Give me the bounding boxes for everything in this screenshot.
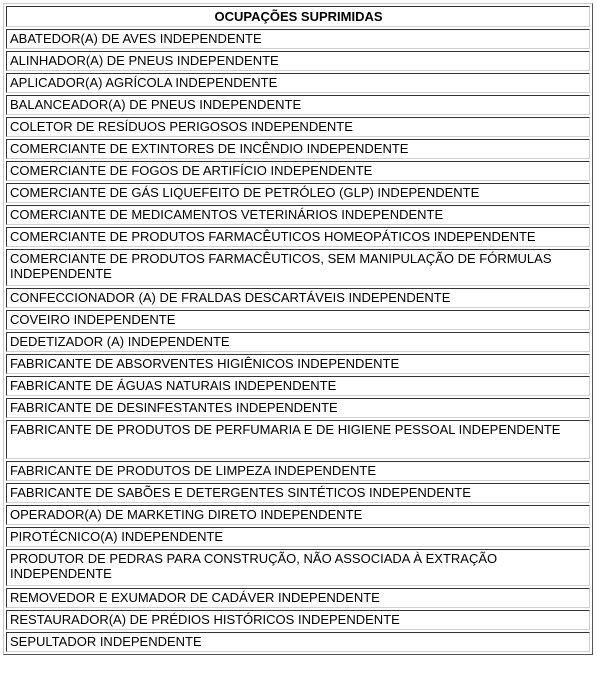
table-header-row: OCUPAÇÕES SUPRIMIDAS — [6, 6, 590, 27]
table-row: COMERCIANTE DE GÁS LIQUEFEITO DE PETRÓLE… — [6, 183, 590, 203]
occupation-cell: COMERCIANTE DE GÁS LIQUEFEITO DE PETRÓLE… — [6, 183, 590, 203]
table-row: FABRICANTE DE PRODUTOS DE PERFUMARIA E D… — [6, 420, 590, 459]
table-row: COLETOR DE RESÍDUOS PERIGOSOS INDEPENDEN… — [6, 117, 590, 137]
occupation-cell: PIROTÉCNICO(A) INDEPENDENTE — [6, 527, 590, 547]
occupation-cell: COMERCIANTE DE EXTINTORES DE INCÊNDIO IN… — [6, 139, 590, 159]
occupation-cell: COMERCIANTE DE PRODUTOS FARMACÊUTICOS HO… — [6, 227, 590, 247]
table-row: REMOVEDOR E EXUMADOR DE CADÁVER INDEPEND… — [6, 588, 590, 608]
suppressed-occupations-table: OCUPAÇÕES SUPRIMIDAS ABATEDOR(A) DE AVES… — [3, 3, 593, 655]
table-row: FABRICANTE DE DESINFESTANTES INDEPENDENT… — [6, 398, 590, 418]
occupation-cell: FABRICANTE DE SABÕES E DETERGENTES SINTÉ… — [6, 483, 590, 503]
occupation-cell: RESTAURADOR(A) DE PRÉDIOS HISTÓRICOS IND… — [6, 610, 590, 630]
table-row: COMERCIANTE DE PRODUTOS FARMACÊUTICOS, S… — [6, 249, 590, 286]
table-row: APLICADOR(A) AGRÍCOLA INDEPENDENTE — [6, 73, 590, 93]
table-row: RESTAURADOR(A) DE PRÉDIOS HISTÓRICOS IND… — [6, 610, 590, 630]
occupation-cell: FABRICANTE DE ÁGUAS NATURAIS INDEPENDENT… — [6, 376, 590, 396]
occupation-cell: APLICADOR(A) AGRÍCOLA INDEPENDENTE — [6, 73, 590, 93]
occupation-cell: COMERCIANTE DE MEDICAMENTOS VETERINÁRIOS… — [6, 205, 590, 225]
occupation-cell: COMERCIANTE DE FOGOS DE ARTIFÍCIO INDEPE… — [6, 161, 590, 181]
table-body: ABATEDOR(A) DE AVES INDEPENDENTEALINHADO… — [6, 29, 590, 652]
table-row: FABRICANTE DE ÁGUAS NATURAIS INDEPENDENT… — [6, 376, 590, 396]
table-row: OPERADOR(A) DE MARKETING DIRETO INDEPEND… — [6, 505, 590, 525]
occupation-cell: FABRICANTE DE PRODUTOS DE PERFUMARIA E D… — [6, 420, 590, 459]
occupation-cell: CONFECCIONADOR (A) DE FRALDAS DESCARTÁVE… — [6, 288, 590, 308]
occupation-cell: ALINHADOR(A) DE PNEUS INDEPENDENTE — [6, 51, 590, 71]
occupation-cell: BALANCEADOR(A) DE PNEUS INDEPENDENTE — [6, 95, 590, 115]
occupation-cell: DEDETIZADOR (A) INDEPENDENTE — [6, 332, 590, 352]
table-row: COMERCIANTE DE PRODUTOS FARMACÊUTICOS HO… — [6, 227, 590, 247]
table-row: SEPULTADOR INDEPENDENTE — [6, 632, 590, 652]
occupation-cell: COVEIRO INDEPENDENTE — [6, 310, 590, 330]
occupation-cell: FABRICANTE DE ABSORVENTES HIGIÊNICOS IND… — [6, 354, 590, 374]
table-row: BALANCEADOR(A) DE PNEUS INDEPENDENTE — [6, 95, 590, 115]
table-row: ABATEDOR(A) DE AVES INDEPENDENTE — [6, 29, 590, 49]
occupation-cell: COMERCIANTE DE PRODUTOS FARMACÊUTICOS, S… — [6, 249, 590, 286]
table-row: COVEIRO INDEPENDENTE — [6, 310, 590, 330]
table-header: OCUPAÇÕES SUPRIMIDAS — [6, 6, 590, 27]
table-row: FABRICANTE DE SABÕES E DETERGENTES SINTÉ… — [6, 483, 590, 503]
table-row: PRODUTOR DE PEDRAS PARA CONSTRUÇÃO, NÃO … — [6, 549, 590, 586]
table-row: COMERCIANTE DE EXTINTORES DE INCÊNDIO IN… — [6, 139, 590, 159]
occupations-table-container: OCUPAÇÕES SUPRIMIDAS ABATEDOR(A) DE AVES… — [3, 3, 593, 655]
table-row: COMERCIANTE DE FOGOS DE ARTIFÍCIO INDEPE… — [6, 161, 590, 181]
occupation-cell: FABRICANTE DE DESINFESTANTES INDEPENDENT… — [6, 398, 590, 418]
occupation-cell: FABRICANTE DE PRODUTOS DE LIMPEZA INDEPE… — [6, 461, 590, 481]
table-row: COMERCIANTE DE MEDICAMENTOS VETERINÁRIOS… — [6, 205, 590, 225]
table-row: FABRICANTE DE ABSORVENTES HIGIÊNICOS IND… — [6, 354, 590, 374]
occupation-cell: COLETOR DE RESÍDUOS PERIGOSOS INDEPENDEN… — [6, 117, 590, 137]
table-row: PIROTÉCNICO(A) INDEPENDENTE — [6, 527, 590, 547]
table-row: CONFECCIONADOR (A) DE FRALDAS DESCARTÁVE… — [6, 288, 590, 308]
occupation-cell: ABATEDOR(A) DE AVES INDEPENDENTE — [6, 29, 590, 49]
occupation-cell: OPERADOR(A) DE MARKETING DIRETO INDEPEND… — [6, 505, 590, 525]
table-row: ALINHADOR(A) DE PNEUS INDEPENDENTE — [6, 51, 590, 71]
table-row: DEDETIZADOR (A) INDEPENDENTE — [6, 332, 590, 352]
occupation-cell: REMOVEDOR E EXUMADOR DE CADÁVER INDEPEND… — [6, 588, 590, 608]
table-row: FABRICANTE DE PRODUTOS DE LIMPEZA INDEPE… — [6, 461, 590, 481]
occupation-cell: SEPULTADOR INDEPENDENTE — [6, 632, 590, 652]
occupation-cell: PRODUTOR DE PEDRAS PARA CONSTRUÇÃO, NÃO … — [6, 549, 590, 586]
